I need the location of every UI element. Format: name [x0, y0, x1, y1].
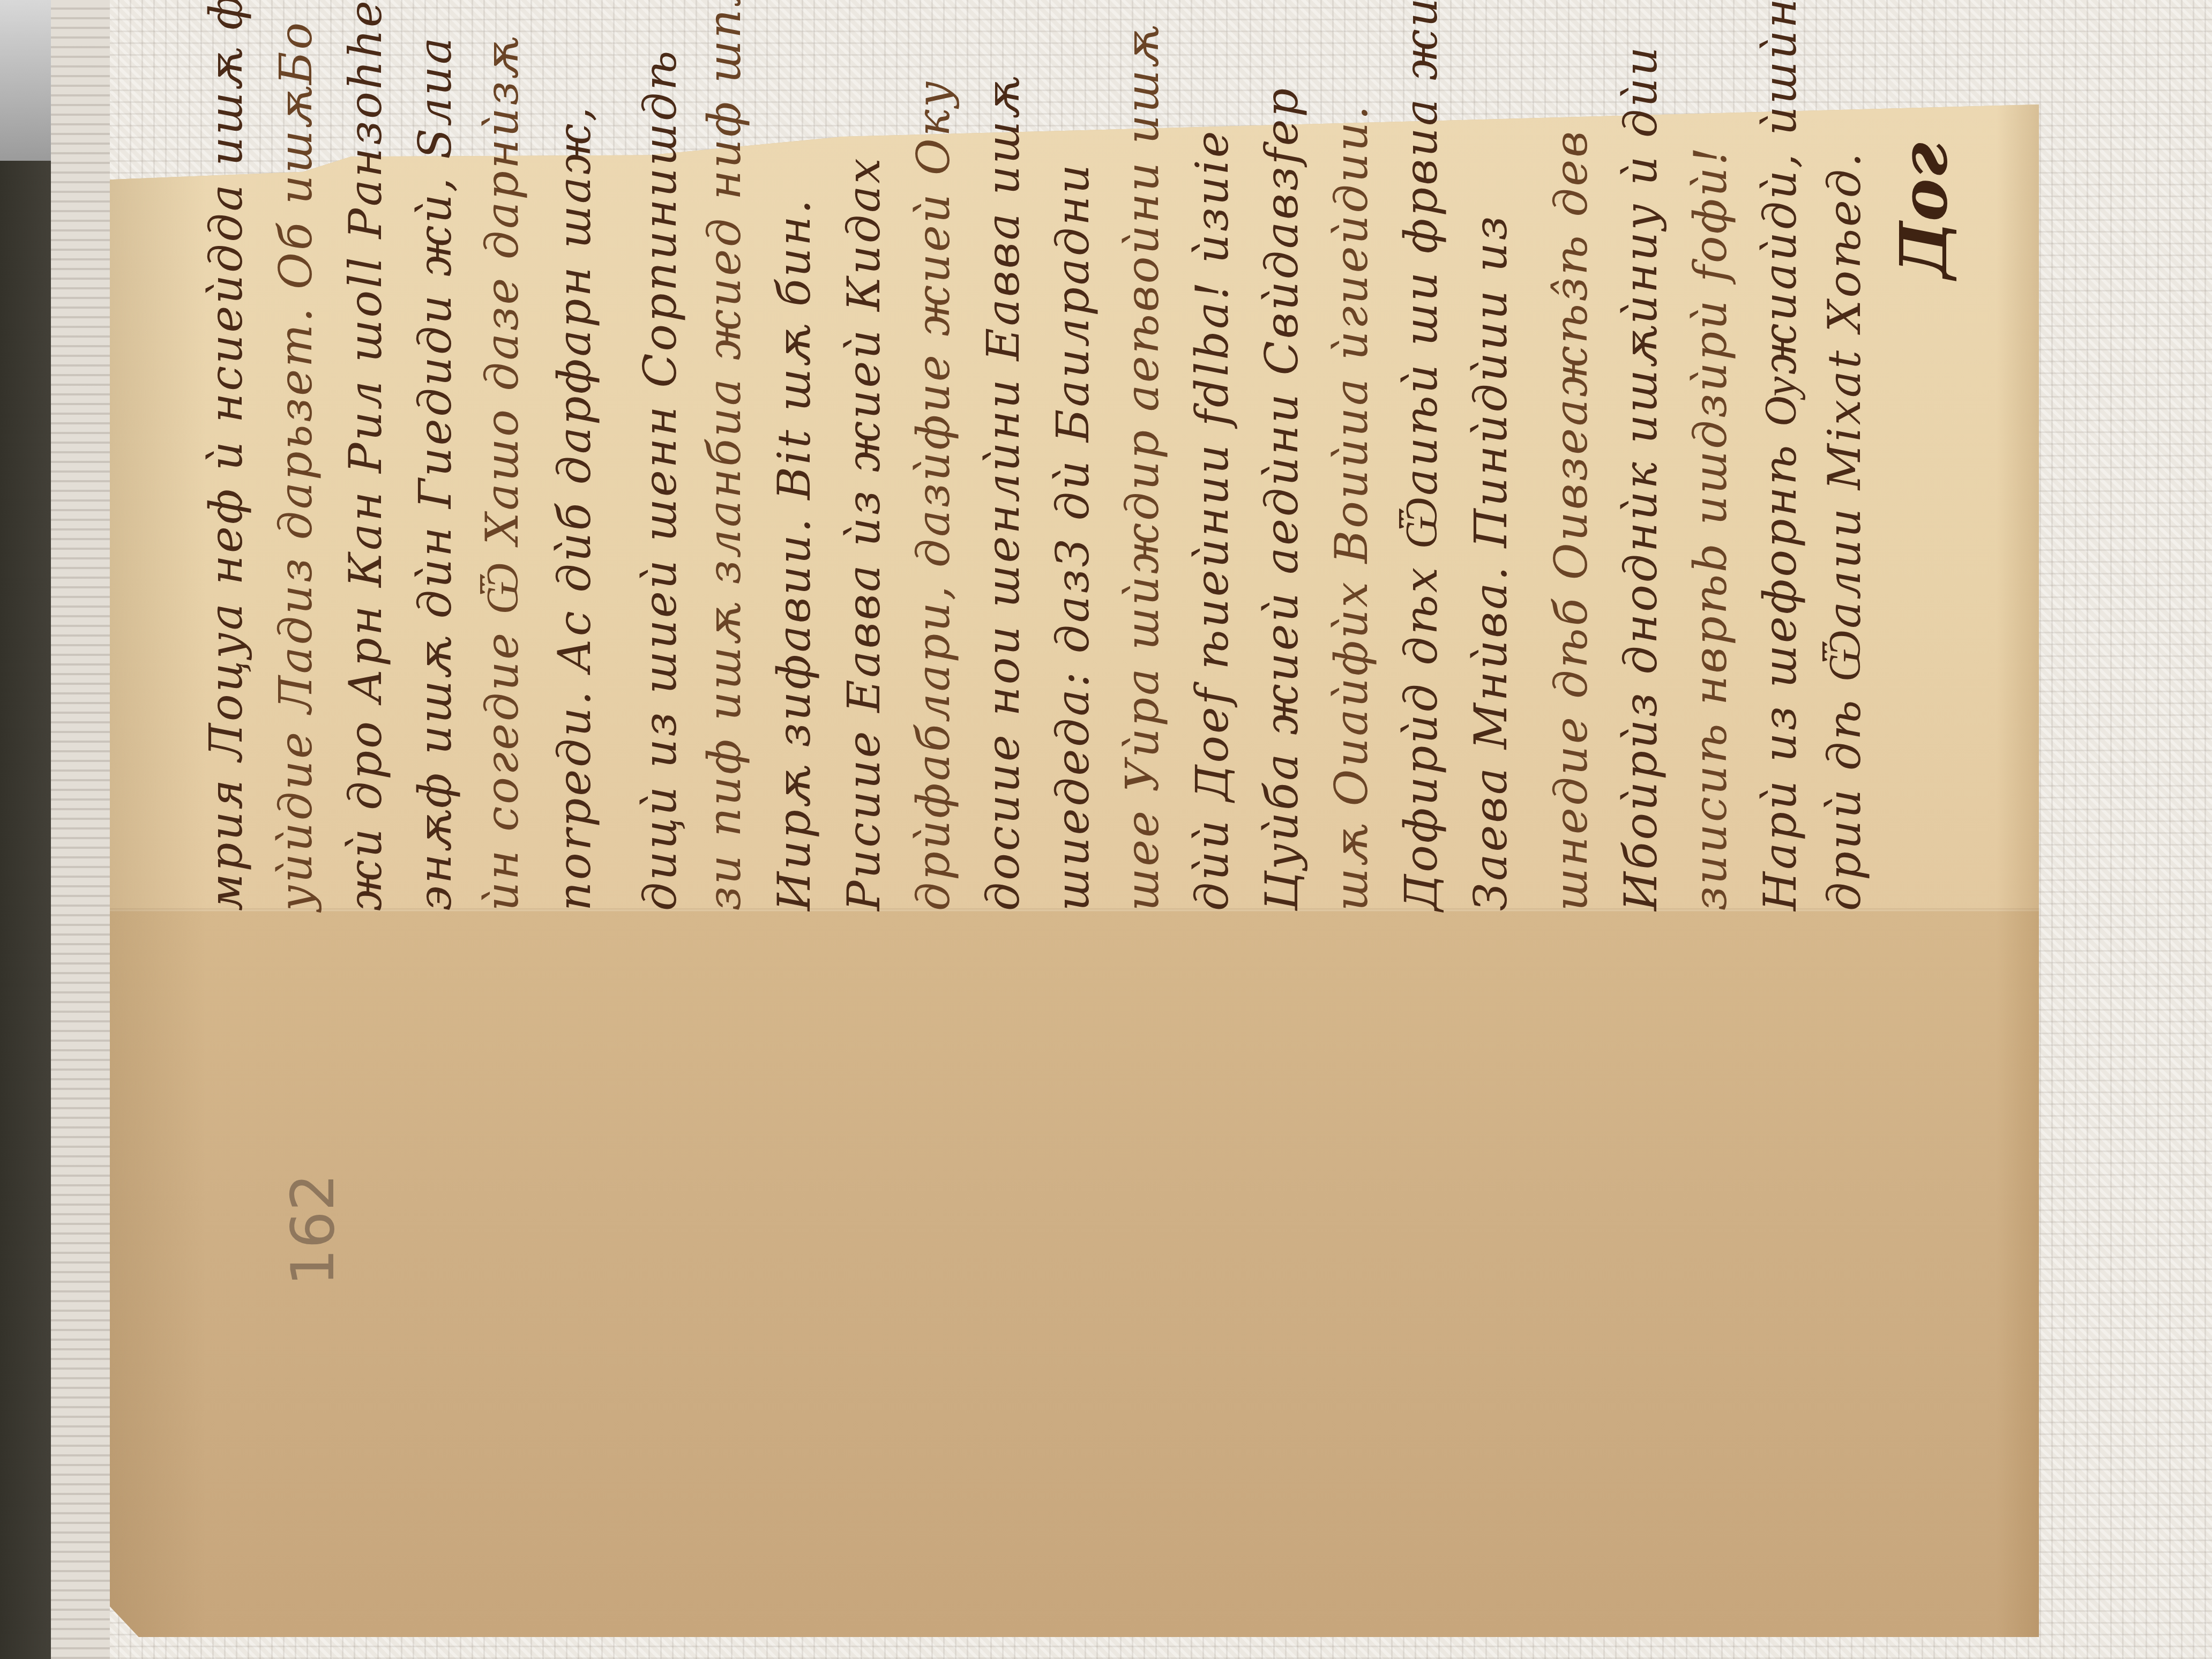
pencil-folio-number: 162: [279, 1174, 347, 1286]
handwritten-line: дрѝфаблари, дазѝфие жиеѝ Оку: [911, 79, 956, 911]
handwritten-line: зиисиѣ нврѣb ишдзѝрѝ fофѝ!: [1688, 145, 1733, 911]
handwritten-line: дицѝ из шиеѝ шенн Сорпинишдѣ: [638, 49, 683, 911]
paper-lower-half: [110, 911, 2039, 1637]
handwritten-line: Зaeвa Мнѝва. Пинѝдѝии из: [1468, 214, 1513, 911]
handwritten-line: шее Уѝра шѝждир аеѣвоѝни ишѫ: [1120, 24, 1165, 911]
handwritten-line: Дофирѝд дѣх Ѿаиѣѝ ши фрвuа жиа: [1399, 0, 1444, 911]
handwritten-line: шнедие дѣб Оивзеажѣз̂ѣ дев: [1549, 129, 1594, 911]
handwritten-line: дриѝ дѣ Ѿалии Міхat Хоѣед.: [1822, 151, 1867, 911]
dark-surface-left: [0, 0, 59, 1659]
paper-shading-right: [1996, 104, 2039, 1637]
paper-shading-left: [110, 104, 206, 1637]
handwritten-line: Ибоѝрѝз дноднѝк ишѫѝниу ѝ дѝи: [1618, 45, 1663, 911]
signature: Дог: [1886, 143, 1962, 279]
handwritten-line: дѝѝ Доеf ѣиеѝнии fdlba! ѝзиіe: [1190, 129, 1235, 911]
handwritten-line: жѝ дро Арн Кан Рил шоll Ранзоhheb: [343, 0, 388, 911]
handwritten-line: ѝн согедие Ѿ Хашо дазе дарнѝзѫ: [480, 35, 525, 911]
handwritten-line: поrреди. Ас дѝб дарфарн шаж,: [552, 105, 597, 911]
handwritten-line: Иирѫ зифавии. Віt шѫ бин.: [772, 198, 817, 911]
handwritten-line: уѝѝдие Ладиз дарьзет. Об ишѫБо: [273, 20, 318, 911]
handwritten-line: Рисиие Еавва ѝз жиеѝ Кидах: [841, 156, 886, 911]
linen-folded-edge: [51, 0, 110, 1659]
handwritten-line: Нарѝ из шефорнѣ Ѹжиаѝдѝ, ѝшѝнѫ: [1758, 0, 1803, 911]
handwritten-line: шиедедa: дазЗ дѝ Баилрадни: [1050, 162, 1095, 911]
handwritten-line: шѫ Оиаѝфѝх Воиѝиа ѝгиеѝдии.: [1329, 103, 1374, 911]
handwritten-line: Цуѝба жиеѝ аедѝни Свѝдавзfер: [1259, 86, 1304, 911]
book-corner: [0, 0, 56, 161]
handwritten-line: досиие нои шенлѝни Еавва ишѫ: [981, 76, 1026, 911]
handwritten-line: энѫф ишѫ дѝн Гиедиди жѝ, Sлиа: [413, 35, 458, 911]
handwritten-line: мрия Лоцуа неф ѝ нсиеѝдда ишѫ фи: [204, 0, 249, 911]
handwritten-line: зи пиф ишѫ зланбиа жиед ниф шпѫдр: [702, 0, 747, 911]
